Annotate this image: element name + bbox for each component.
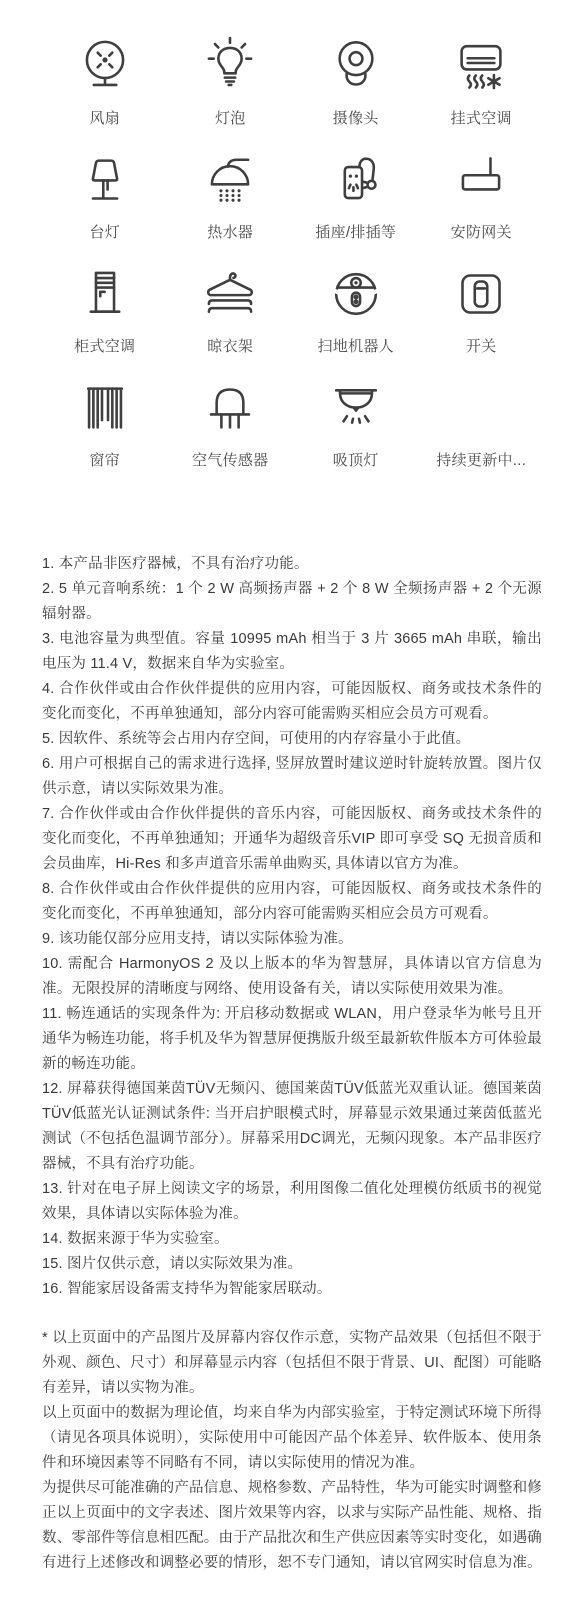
switch-icon [450,258,512,330]
security-gateway-icon [450,144,512,216]
fan-icon [74,30,136,102]
device-label: 窗帘 [89,449,120,470]
footnote-4: 4. 合作伙伴或由合作伙伴提供的应用内容，可能因版权、商务或技术条件的变化而变化… [42,677,542,727]
robot-vacuum-icon [325,258,387,330]
device-item-socket: 插座/排插等 [293,144,419,242]
device-item-switch: 开关 [419,258,545,356]
footnote-16: 16. 智能家居设备需支持华为智能家居联动。 [42,1277,542,1302]
device-label: 挂式空调 [451,107,512,128]
cabinet-ac-icon [74,258,136,330]
device-item-wall-ac: 挂式空调 [419,30,545,128]
device-item-camera: 摄像头 [293,30,419,128]
footnote-13: 13. 针对在电子屏上阅读文字的场景，利用图像二值化处理模仿纸质书的视觉效果，具… [42,1177,542,1227]
water-heater-icon [199,144,261,216]
air-sensor-icon [199,372,261,444]
footnote-14: 14. 数据来源于华为实验室。 [42,1227,542,1252]
device-label: 摄像头 [333,107,379,128]
footnote-2: 2. 5 单元音响系统：1 个 2 W 高频扬声器 + 2 个 8 W 全频扬声… [42,577,542,627]
device-item-ceiling-light: 吸顶灯 [293,372,419,470]
device-label: 柜式空调 [74,335,135,356]
device-item-desk-lamp: 台灯 [42,144,168,242]
disclaimer-asterisk: * 以上页面中的产品图片及屏幕内容仅作示意，实物产品效果（包括但不限于外观、颜色… [42,1326,542,1401]
footnote-9: 9. 该功能仅部分应用支持，请以实际体验为准。 [42,927,542,952]
device-item-robot-vacuum: 扫地机器人 [293,258,419,356]
disclaimer-spec-changes: 为提供尽可能准确的产品信息、规格参数、产品特性，华为可能实时调整和修正以上页面中… [42,1476,542,1576]
desk-lamp-icon [74,144,136,216]
device-item-more: 持续更新中... [419,372,545,470]
device-label: 热水器 [207,221,253,242]
device-label: 开关 [466,335,497,356]
footnotes-section: 1. 本产品非医疗器械，不具有治疗功能。 2. 5 单元音响系统：1 个 2 W… [0,552,584,1576]
footnote-8: 8. 合作伙伴或由合作伙伴提供的应用内容，可能因版权、商务或技术条件的变化而变化… [42,877,542,927]
device-item-cabinet-ac: 柜式空调 [42,258,168,356]
device-item-air-sensor: 空气传感器 [168,372,294,470]
device-item-bulb: 灯泡 [168,30,294,128]
disclaimer-lab-data: 以上页面中的数据为理论值，均来自华为内部实验室，于特定测试环境下所得（请见各项具… [42,1401,542,1476]
device-label-more: 持续更新中... [436,449,526,470]
camera-icon [325,30,387,102]
device-label: 空气传感器 [192,449,269,470]
device-label: 灯泡 [215,107,246,128]
device-item-fan: 风扇 [42,30,168,128]
footnote-6: 6. 用户可根据自己的需求进行选择, 竖屏放置时建议逆时针旋转放置。图片仅供示意… [42,752,542,802]
socket-icon [325,144,387,216]
footnote-5: 5. 因软件、系统等会占用内存空间，可使用的内存容量小于此值。 [42,727,542,752]
device-label: 晾衣架 [207,335,253,356]
wall-ac-icon [450,30,512,102]
footnote-11: 11. 畅连通话的实现条件为: 开启移动数据或 WLAN，用户登录华为帐号且开通… [42,1002,542,1077]
disclaimers-block: * 以上页面中的产品图片及屏幕内容仅作示意，实物产品效果（包括但不限于外观、颜色… [42,1326,542,1576]
curtain-icon [74,372,136,444]
device-item-clothes-rack: 晾衣架 [168,258,294,356]
footnote-1: 1. 本产品非医疗器械，不具有治疗功能。 [42,552,542,577]
footnote-7: 7. 合作伙伴或由合作伙伴提供的音乐内容，可能因版权、商务或技术条件的变化而变化… [42,802,542,877]
bulb-icon [199,30,261,102]
device-label: 插座/排插等 [315,221,396,242]
footnote-12: 12. 屏幕获得德国莱茵TÜV无频闪、德国莱茵TÜV低蓝光双重认证。德国莱茵TÜ… [42,1077,542,1177]
footnote-10: 10. 需配合 HarmonyOS 2 及以上版本的华为智慧屏，具体请以官方信息… [42,952,542,1002]
clothes-rack-icon [199,258,261,330]
device-label: 安防网关 [451,221,512,242]
device-item-water-heater: 热水器 [168,144,294,242]
footnote-3: 3. 电池容量为典型值。容量 10995 mAh 相当于 3 片 3665 mA… [42,627,542,677]
footnote-15: 15. 图片仅供示意，请以实际效果为准。 [42,1252,542,1277]
device-label: 扫地机器人 [317,335,394,356]
device-item-curtain: 窗帘 [42,372,168,470]
device-label: 台灯 [89,221,120,242]
ceiling-light-icon [325,372,387,444]
device-item-security-gateway: 安防网关 [419,144,545,242]
device-compatibility-grid: 风扇 灯泡 摄像头 [0,0,584,470]
device-label: 吸顶灯 [333,449,379,470]
device-label: 风扇 [89,107,120,128]
